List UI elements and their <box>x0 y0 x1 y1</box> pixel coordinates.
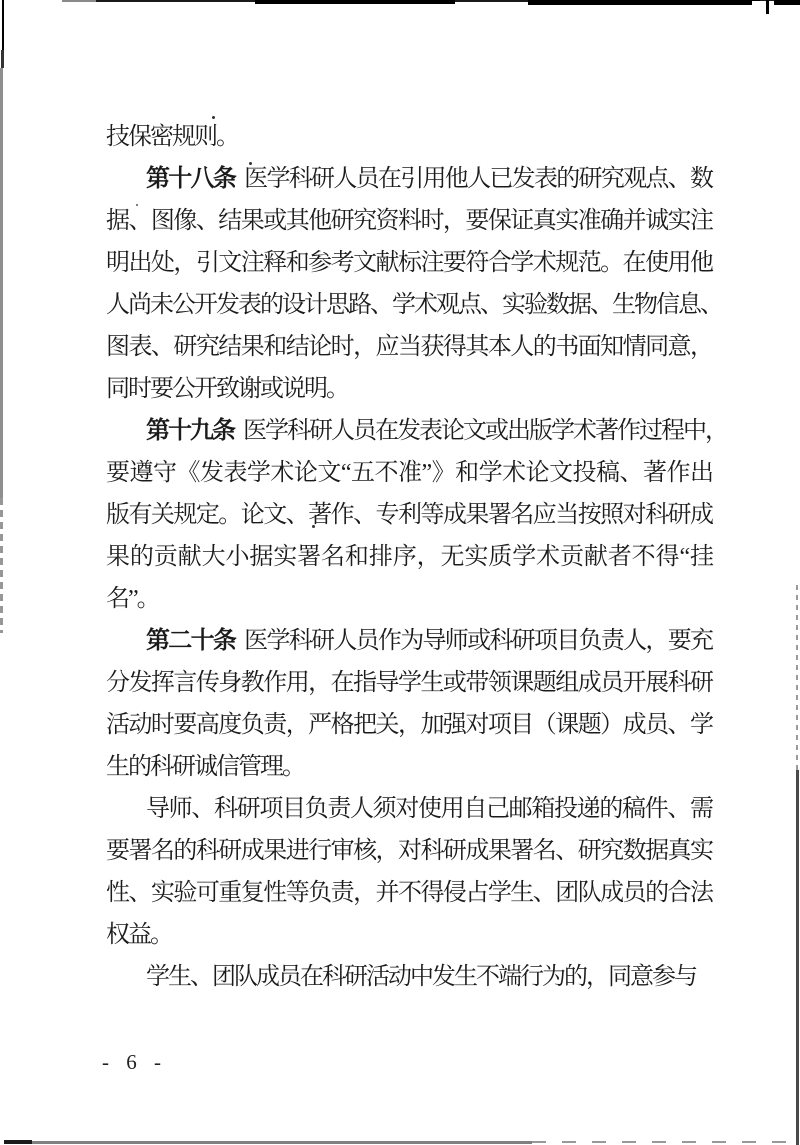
line-text: 医学科研人员在引用他人已发表的研究观点、数 <box>244 166 712 192</box>
scan-edge-bottom <box>4 1140 32 1144</box>
scan-edge-bottom <box>532 1141 800 1143</box>
line-text: 明出处，引文注释和参考文献标注要符合学术规范。在使用他 <box>106 250 712 276</box>
text-line: 活动时要高度负责，严格把关，加强对项目（课题）成员、学 <box>106 704 712 746</box>
scan-edge-top-tick <box>766 0 769 14</box>
scan-edge-right <box>796 770 799 1145</box>
line-text: 版有关规定。论文、著作、专利等成果署名应当按照对科研成 <box>106 502 712 528</box>
article-number: 第二十条 <box>146 628 235 654</box>
text-line: 名”。 <box>106 578 712 620</box>
scan-edge-left <box>1 50 4 68</box>
text-line: 权益。 <box>106 914 712 956</box>
article-number: 第十九条 <box>146 418 234 444</box>
line-text: 要遵守《发表学术论文“五不准”》和学术论文投稿、著作出 <box>106 460 712 486</box>
text-line: 要署名的科研成果进行审核，对科研成果署名、研究数据真实 <box>106 830 712 872</box>
line-text: 图表、研究结果和结论时，应当获得其本人的书面知情同意， <box>106 334 712 360</box>
page-number: - 6 - <box>102 1050 167 1075</box>
text-line: 果的贡献大小据实署名和排序，无实质学术贡献者不得“挂 <box>106 536 712 578</box>
scan-edge-left <box>0 68 3 498</box>
line-text: 分发挥言传身教作用，在指导学生或带领课题组成员开展科研 <box>106 670 712 696</box>
text-line: 分发挥言传身教作用，在指导学生或带领课题组成员开展科研 <box>106 662 712 704</box>
line-text: 医学科研人员作为导师或科研项目负责人，要充 <box>244 628 712 654</box>
line-text: 导师、科研项目负责人须对使用自己邮箱投递的稿件、需 <box>146 796 712 822</box>
line-text: 名”。 <box>106 586 159 612</box>
scan-edge-left <box>0 498 3 633</box>
text-line: 第十九条医学科研人员在发表论文或出版学术著作过程中， <box>106 410 712 452</box>
line-text: 活动时要高度负责，严格把关，加强对项目（课题）成员、学 <box>106 712 712 738</box>
scan-edge-top <box>528 0 760 5</box>
text-line: 要遵守《发表学术论文“五不准”》和学术论文投稿、著作出 <box>106 452 712 494</box>
document-text-block: 技保密规则。 第十八条医学科研人员在引用他人已发表的研究观点、数 据、图像、结果… <box>106 116 712 998</box>
text-line: 学生、团队成员在科研活动中发生不端行为的，同意参与 <box>106 956 712 998</box>
line-text: 医学科研人员在发表论文或出版学术著作过程中， <box>243 418 727 444</box>
text-line: 第二十条医学科研人员作为导师或科研项目负责人，要充 <box>106 620 712 662</box>
line-text: 性、实验可重复性等负责，并不得侵占学生、团队成员的合法 <box>106 880 712 906</box>
scan-edge-left <box>2 0 4 50</box>
text-line: 人尚未公开发表的设计思路、学术观点、实验数据、生物信息、 <box>106 284 712 326</box>
line-text: 据、图像、结果或其他研究资料时，要保证真实准确并诚实注 <box>106 208 712 234</box>
text-line: 明出处，引文注释和参考文献标注要符合学术规范。在使用他 <box>106 242 712 284</box>
line-text: 同时要公开致谢或说明。 <box>106 376 348 402</box>
scan-edge-right <box>796 585 798 770</box>
scan-edge-bottom <box>32 1141 532 1144</box>
line-text: 要署名的科研成果进行审核，对科研成果署名、研究数据真实 <box>106 838 712 864</box>
line-text: 技保密规则。 <box>106 124 238 150</box>
text-line: 导师、科研项目负责人须对使用自己邮箱投递的稿件、需 <box>106 788 712 830</box>
line-text: 人尚未公开发表的设计思路、学术观点、实验数据、生物信息、 <box>106 292 722 318</box>
text-line: 图表、研究结果和结论时，应当获得其本人的书面知情同意， <box>106 326 712 368</box>
line-text: 学生、团队成员在科研活动中发生不端行为的，同意参与 <box>146 964 696 990</box>
text-line: 技保密规则。 <box>106 116 712 158</box>
text-line: 同时要公开致谢或说明。 <box>106 368 712 410</box>
text-line: 性、实验可重复性等负责，并不得侵占学生、团队成员的合法 <box>106 872 712 914</box>
text-line: 据、图像、结果或其他研究资料时，要保证真实准确并诚实注 <box>106 200 712 242</box>
scanned-page: 技保密规则。 第十八条医学科研人员在引用他人已发表的研究观点、数 据、图像、结果… <box>0 0 800 1145</box>
article-number: 第十八条 <box>146 166 235 192</box>
line-text: 果的贡献大小据实署名和排序，无实质学术贡献者不得“挂 <box>106 544 712 570</box>
text-line: 版有关规定。论文、著作、专利等成果署名应当按照对科研成 <box>106 494 712 536</box>
text-line: 生的科研诚信管理。 <box>106 746 712 788</box>
line-text: 生的科研诚信管理。 <box>106 754 304 780</box>
scan-edge-top <box>774 0 800 5</box>
scan-edge-top <box>255 0 455 4</box>
scan-edge-top-gap <box>752 1 774 7</box>
text-line: 第十八条医学科研人员在引用他人已发表的研究观点、数 <box>106 158 712 200</box>
line-text: 权益。 <box>106 922 172 948</box>
